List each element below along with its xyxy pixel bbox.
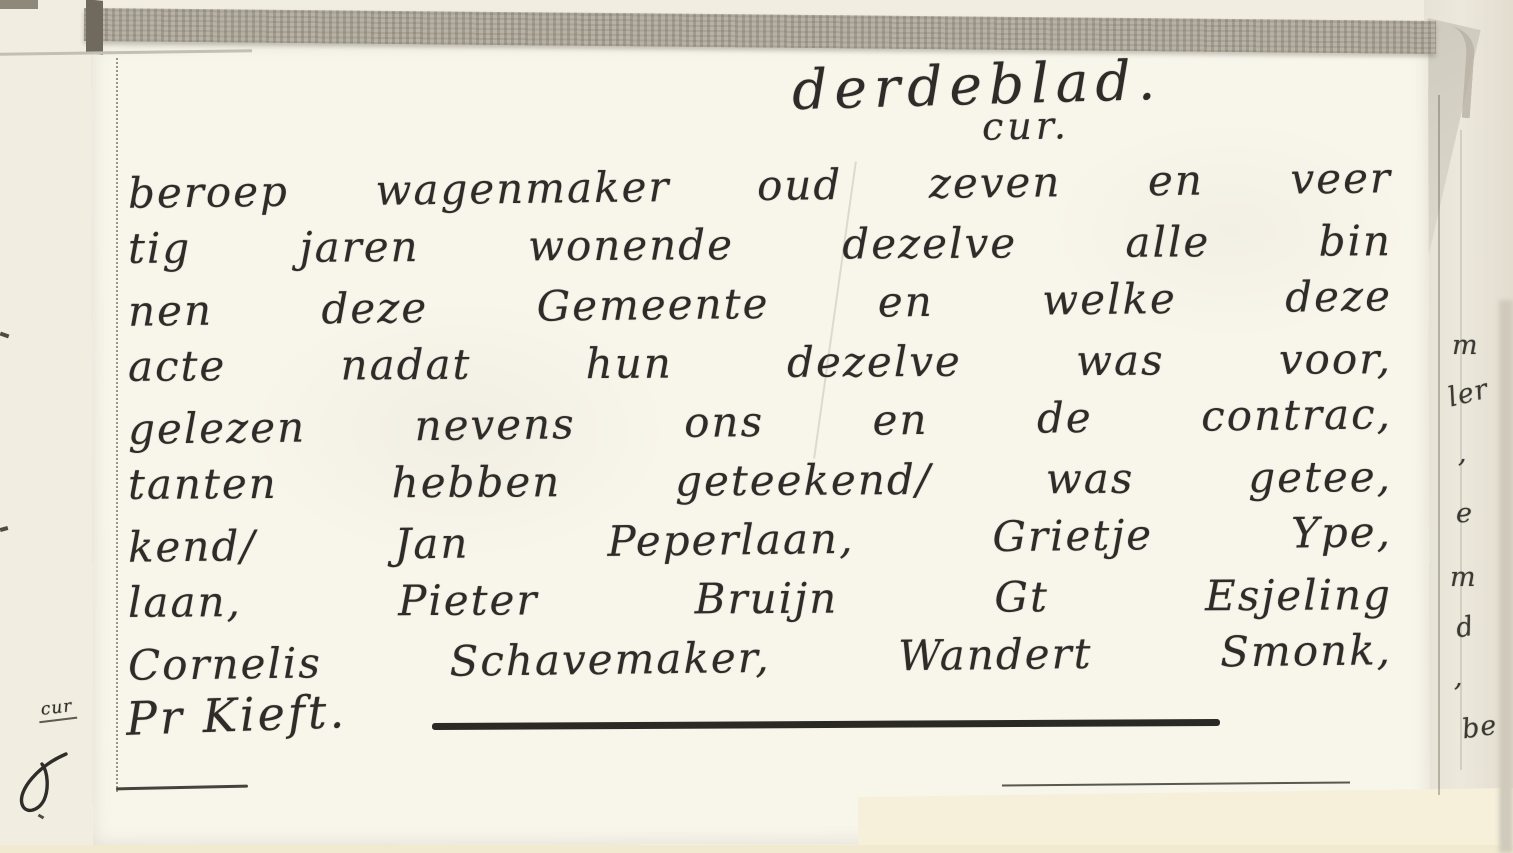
handwritten-line: Cornelis Schavemaker, Wandert Smonk, bbox=[128, 620, 1393, 694]
edge-fragment: be bbox=[1460, 710, 1499, 746]
edge-fragment: m bbox=[1450, 562, 1477, 593]
pen-flourish-stroke bbox=[8, 748, 78, 823]
bottom-sheet-edge bbox=[0, 845, 1513, 853]
edge-fragment: m bbox=[1452, 330, 1479, 361]
handwritten-body-text: beroep wagenmaker oud zeven en veer tig … bbox=[128, 156, 1392, 687]
margin-rule-line bbox=[116, 58, 118, 792]
ink-speck bbox=[0, 526, 8, 532]
signature-text: Pr Kieft. bbox=[125, 684, 348, 746]
page-header-subtitle: cur. bbox=[982, 103, 1071, 149]
edge-fragment: e bbox=[1456, 498, 1473, 529]
edge-fragment: , bbox=[1454, 662, 1464, 693]
ink-speck bbox=[0, 332, 9, 339]
right-edge-shadow bbox=[1499, 300, 1513, 853]
bottom-underlying-sheet bbox=[858, 788, 1513, 853]
scanned-document-page: derdeblad. cur. beroep wagenmaker oud ze… bbox=[0, 0, 1513, 853]
edge-fragment: , bbox=[1458, 438, 1468, 469]
right-crease-line bbox=[1438, 95, 1440, 795]
margin-note: cur bbox=[37, 696, 77, 723]
top-left-mark bbox=[0, 0, 38, 9]
overlapping-sheet-corner bbox=[86, 0, 103, 55]
